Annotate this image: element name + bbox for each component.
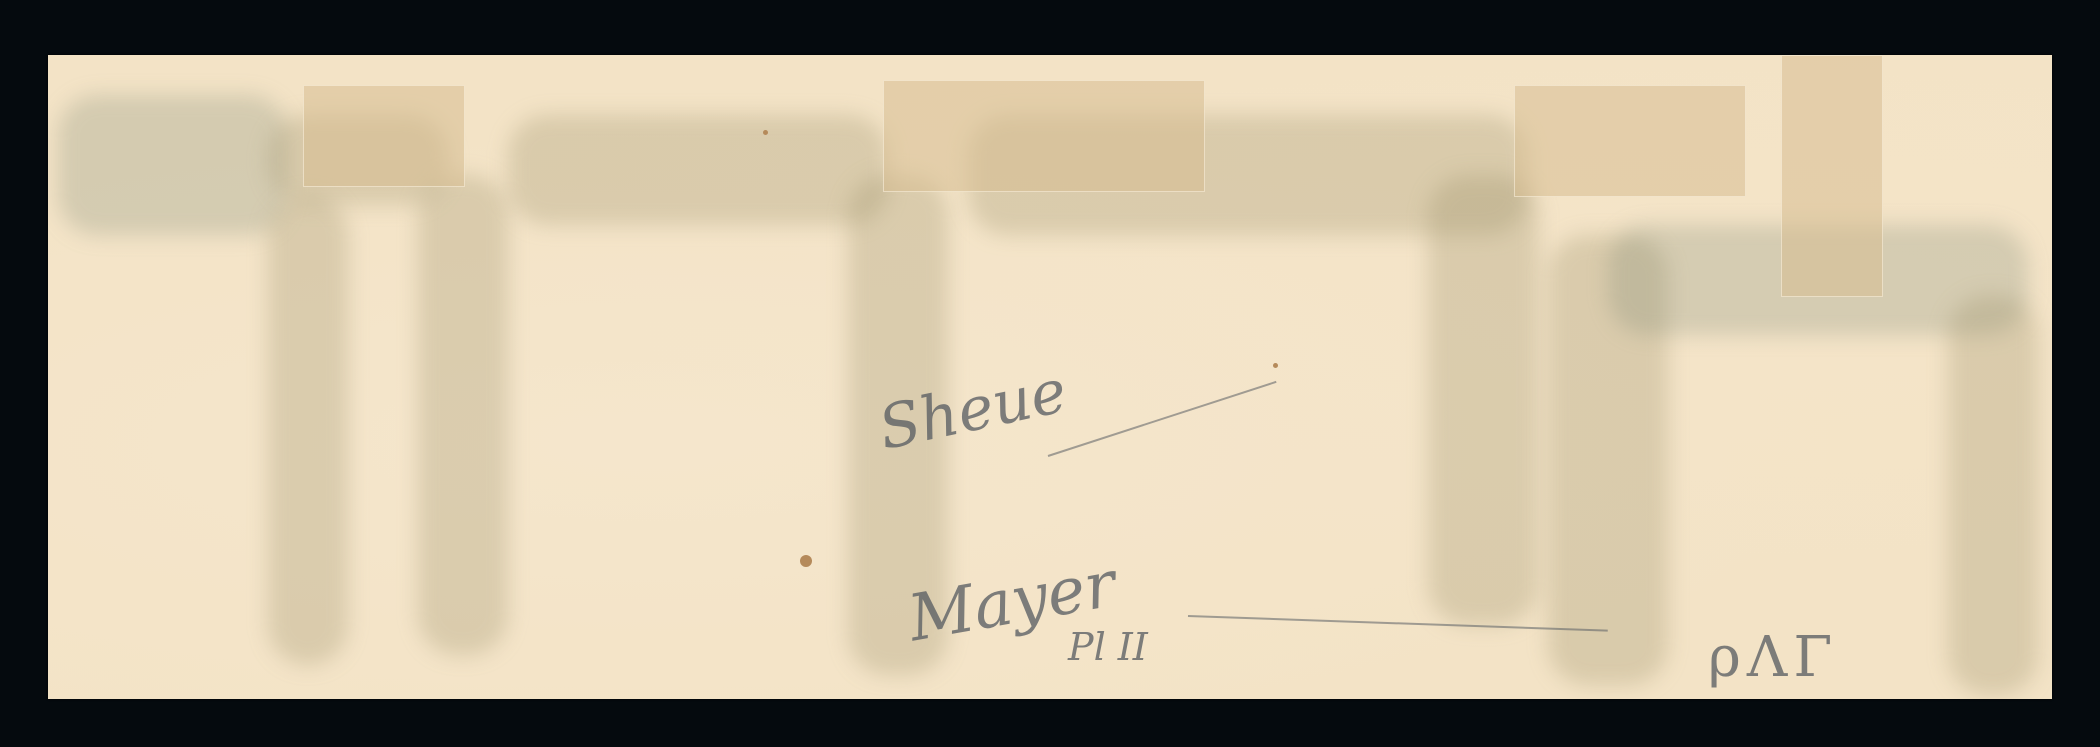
ink-show-through <box>268 195 348 665</box>
pencil-flourish <box>1188 615 1608 632</box>
ink-show-through <box>1428 175 1538 625</box>
pencil-flourish <box>1048 381 1277 457</box>
hinge-remnant <box>303 85 465 187</box>
pencil-code-note: ρΛΓ <box>1708 625 1838 690</box>
ink-show-through <box>508 115 888 225</box>
hinge-remnant <box>1781 55 1883 297</box>
foxing-spot <box>763 130 768 135</box>
stamp-strip-back: Sheue Mayer Pl II ρΛΓ <box>48 55 2052 699</box>
foxing-spot <box>1273 363 1278 368</box>
hinge-remnant <box>883 80 1205 192</box>
pencil-plate-note: Pl II <box>1068 625 1148 669</box>
ink-show-through <box>58 95 288 235</box>
ink-show-through <box>1948 295 2038 695</box>
ink-show-through <box>418 175 508 655</box>
hinge-remnant <box>1514 85 1746 197</box>
foxing-spot <box>800 555 812 567</box>
